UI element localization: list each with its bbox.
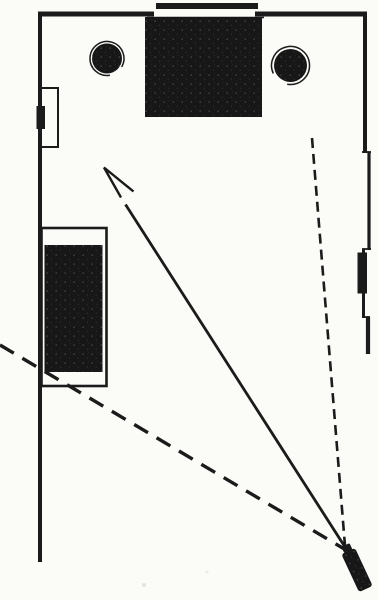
paper-speck-2 [206, 571, 209, 574]
radiator [358, 253, 368, 294]
window-sash [37, 106, 46, 129]
round-table-right [274, 49, 307, 82]
camera-sight-line [126, 205, 346, 548]
flash-ray-right [312, 138, 345, 546]
round-table-left [92, 44, 122, 74]
flash-ray-left [0, 345, 346, 550]
floor-plan-diagram [0, 0, 378, 600]
scanned-page [0, 0, 378, 600]
camera-body [341, 548, 372, 592]
paper-speck-1 [142, 583, 146, 587]
bed [145, 17, 262, 117]
dresser-cushion [45, 245, 103, 372]
door-panel [156, 3, 258, 9]
sight-arrowhead [104, 168, 134, 198]
